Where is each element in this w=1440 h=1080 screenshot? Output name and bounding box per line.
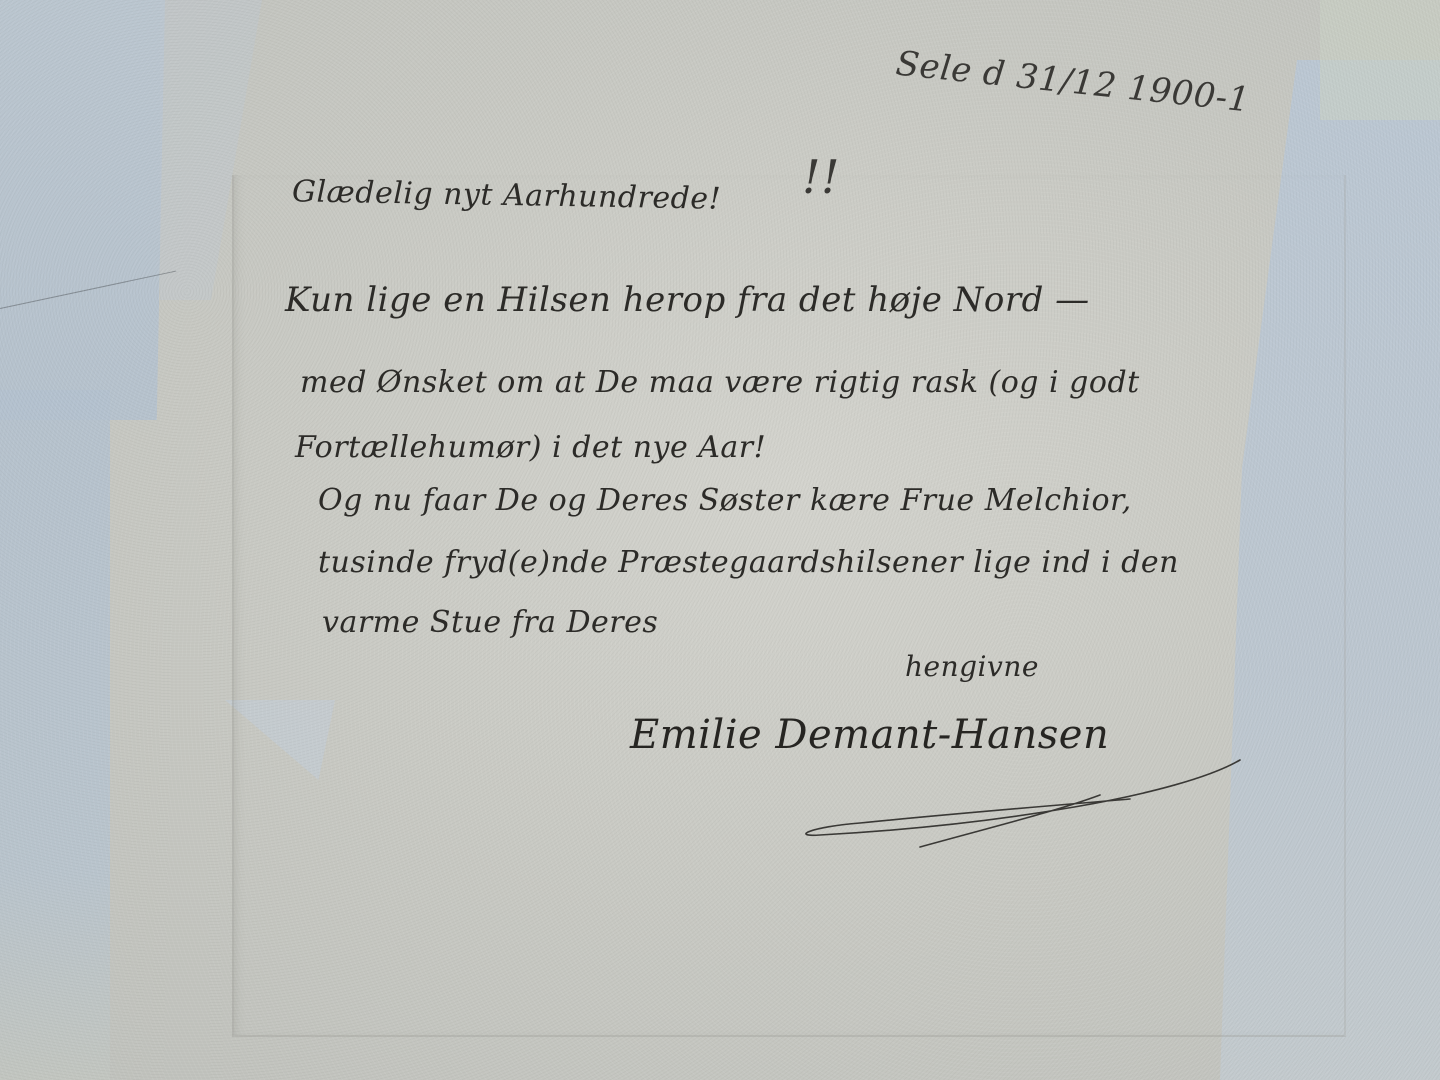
tape-residue-left xyxy=(160,0,330,300)
body-line-3: Fortællehumør) i det nye Aar! xyxy=(295,430,766,465)
paper-corner-stain xyxy=(1320,0,1440,120)
body-line-4: Og nu faar De og Deres Søster kære Frue … xyxy=(318,483,1132,518)
tape-residue-low xyxy=(225,700,335,780)
letter-closing: hengivne xyxy=(905,650,1039,683)
letter-signature: Emilie Demant-Hansen xyxy=(630,712,1109,758)
body-line-1: Kun lige en Hilsen herop fra det høje No… xyxy=(285,280,1090,320)
signature-flourish-icon xyxy=(800,755,1250,855)
letter-greeting: Glædelig nyt Aarhundrede! xyxy=(292,174,722,216)
letter-date: Sele d 31/12 1900-1 xyxy=(894,44,1252,121)
greeting-exclamation: !! xyxy=(802,150,840,204)
tape-strip-left-top xyxy=(0,0,165,420)
body-line-2: med Ønsket om at De maa være rigtig rask… xyxy=(300,365,1140,400)
body-line-6: varme Stue fra Deres xyxy=(322,605,658,640)
letter-photo: Sele d 31/12 1900-1 Glædelig nyt Aarhund… xyxy=(0,0,1440,1080)
tape-strip-left xyxy=(0,390,110,1080)
tape-strip-right xyxy=(1220,60,1440,1080)
body-line-5: tusinde fryd(e)nde Præstegaardshilsener … xyxy=(318,545,1179,580)
